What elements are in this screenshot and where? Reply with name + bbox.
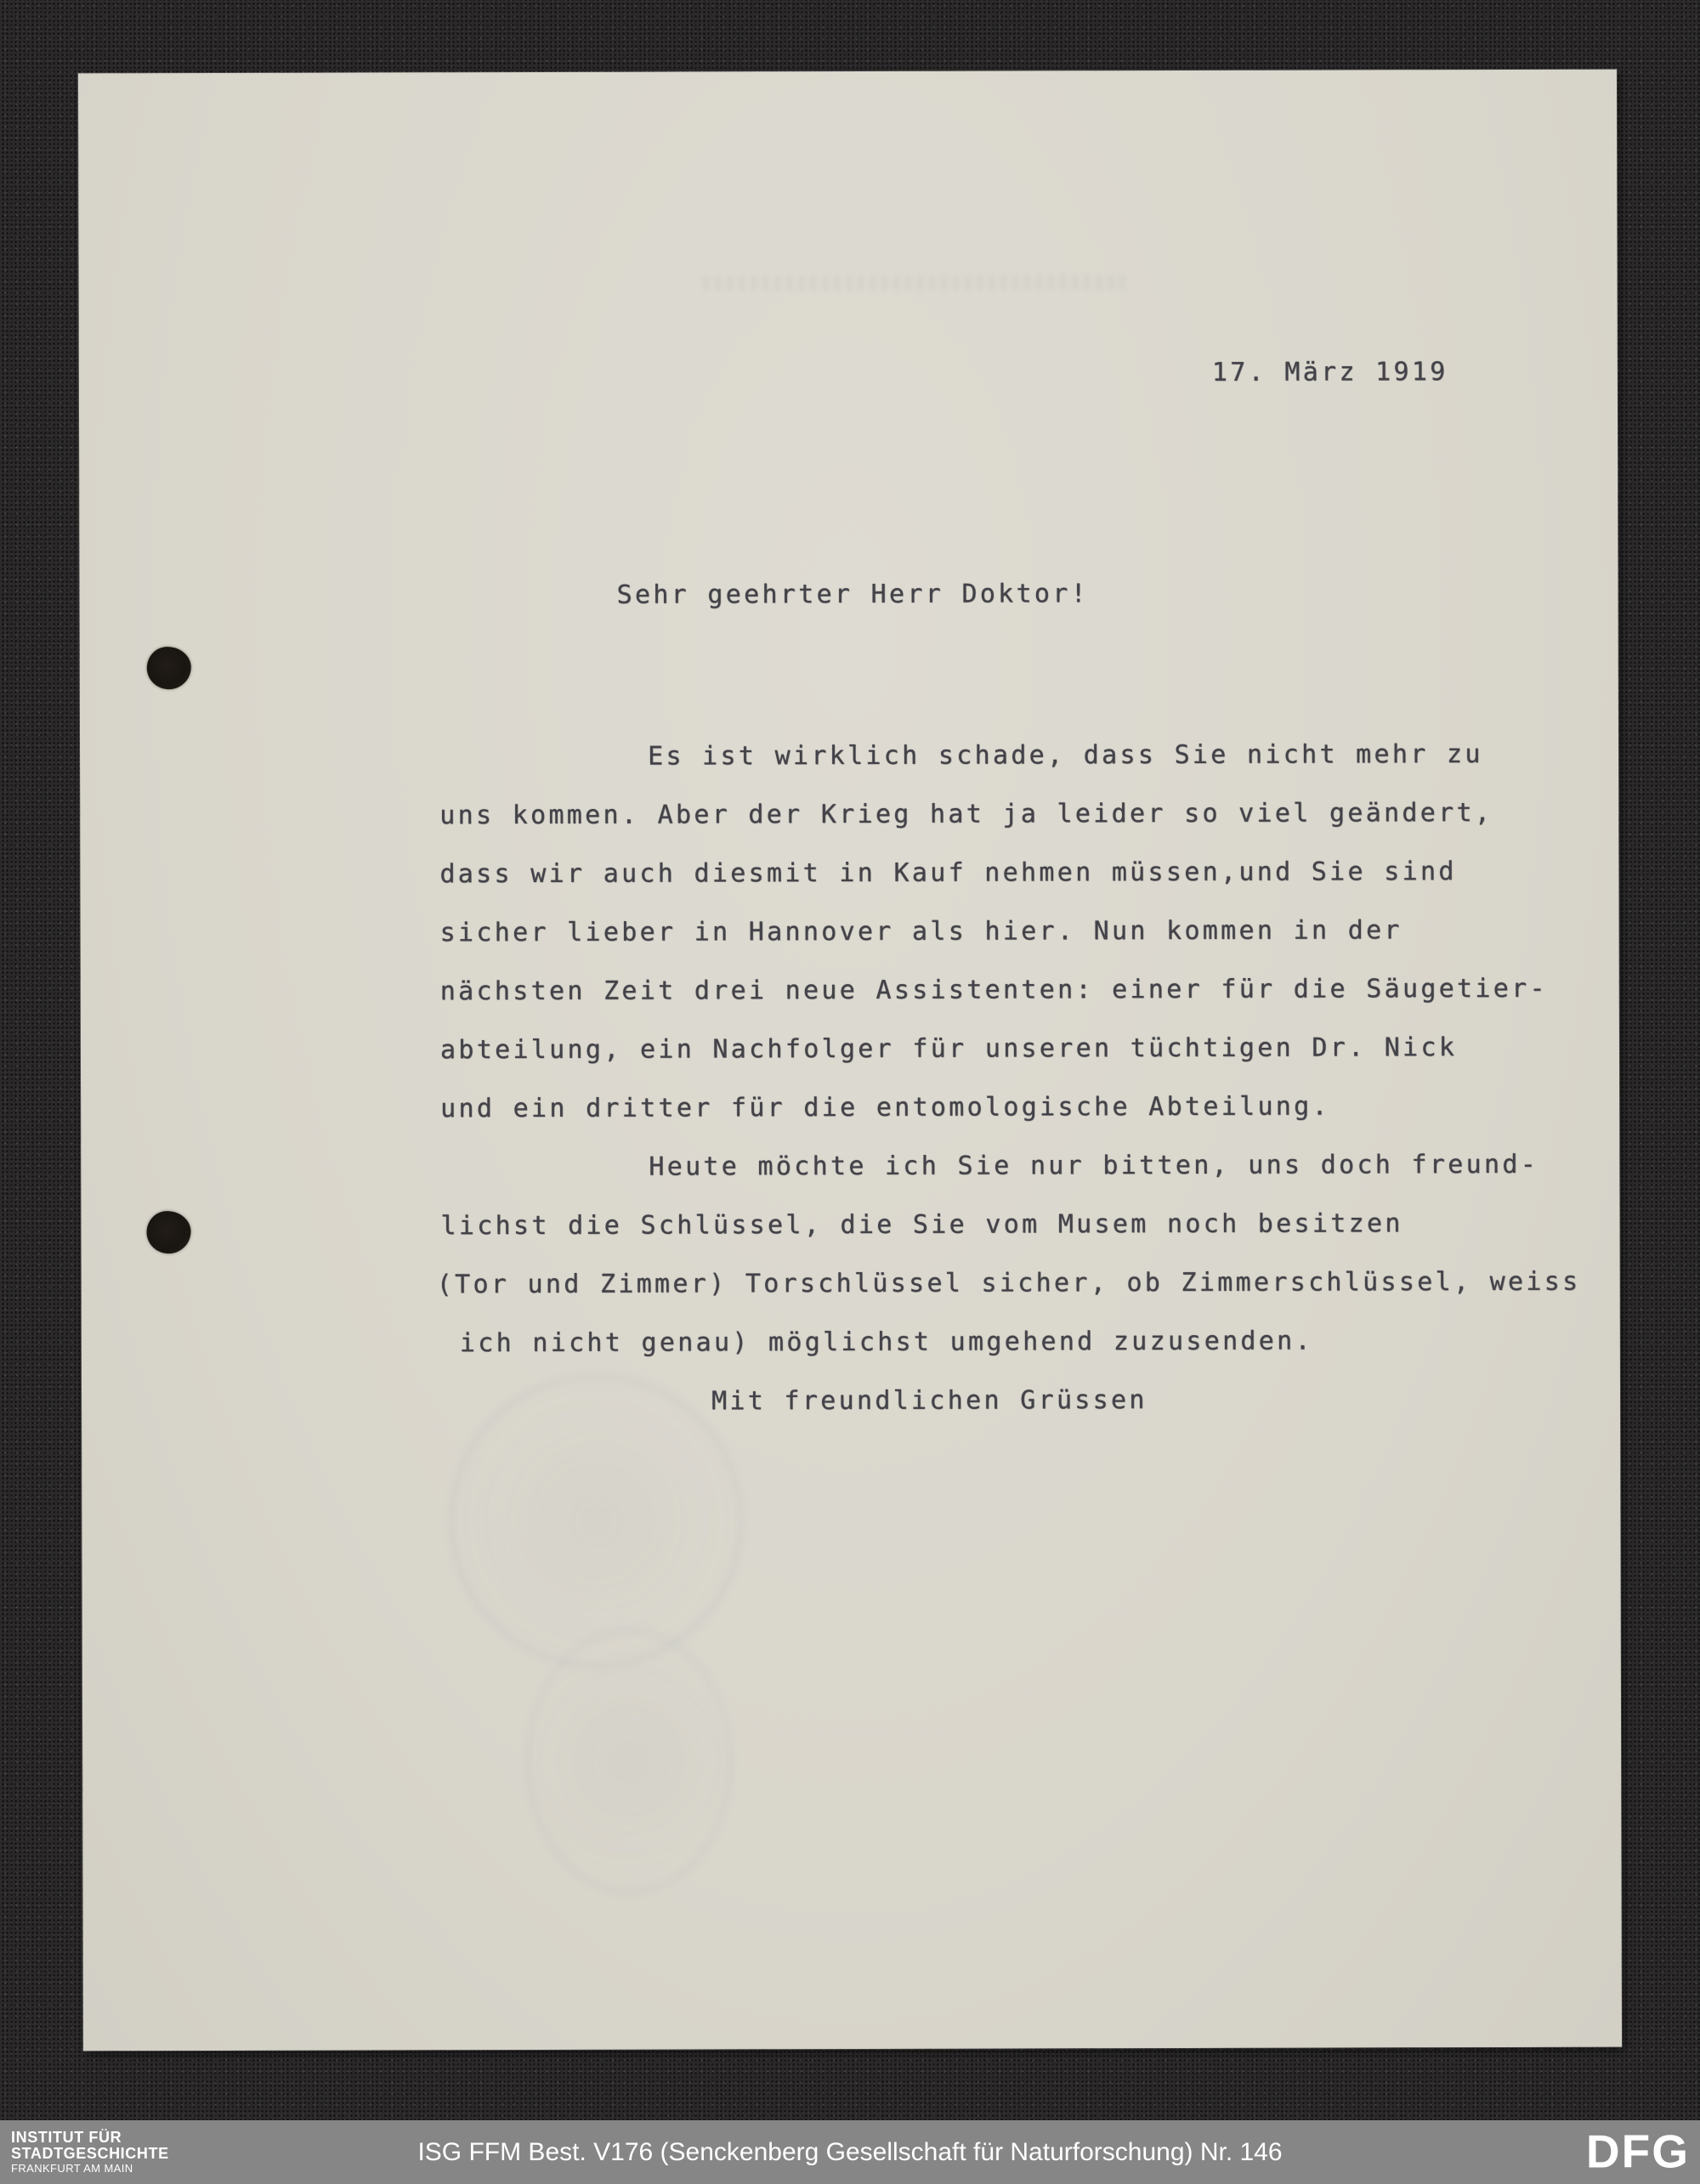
institute-stadtgeschichte-logo: INSTITUT FÜR STADTGESCHICHTE FRANKFURT A… — [11, 2120, 169, 2184]
letter-date: 17. März 1919 — [1212, 355, 1448, 390]
typed-line: Es ist wirklich schade, dass Sie nicht m… — [439, 725, 1621, 787]
typed-line: sicher lieber in Hannover als hier. Nun … — [440, 901, 1622, 963]
dfg-logo: DFG — [1586, 2124, 1690, 2178]
letter-body: Es ist wirklich schade, dass Sie nicht m… — [439, 725, 1623, 1432]
typed-line: abteilung, ein Nachfolger für unseren tü… — [440, 1018, 1622, 1080]
typed-line: und ein dritter für die entomologische A… — [440, 1077, 1622, 1139]
typed-line: dass wir auch diesmit in Kauf nehmen müs… — [439, 842, 1621, 904]
letter-closing: Mit freundlichen Grüssen — [441, 1370, 1623, 1432]
archive-reference-caption: ISG FFM Best. V176 (Senckenberg Gesellsc… — [417, 2138, 1282, 2167]
letter-salutation: Sehr geehrter Herr Doktor! — [617, 577, 1090, 612]
archive-footer-bar: INSTITUT FÜR STADTGESCHICHTE FRANKFURT A… — [0, 2120, 1700, 2184]
letter-paper: 17. März 1919 Sehr geehrter Herr Doktor!… — [78, 70, 1622, 2051]
stamp-ghost — [524, 1627, 734, 1896]
faded-text-ghost — [704, 274, 1129, 291]
typed-line: ich nicht genau) möglichst umgehend zuzu… — [441, 1311, 1623, 1373]
institute-logo-line3: FRANKFURT AM MAIN — [11, 2162, 169, 2176]
punch-hole-bottom — [146, 1211, 190, 1253]
typed-line: Heute möchte ich Sie nur bitten, uns doc… — [440, 1135, 1622, 1197]
typed-line: nächsten Zeit drei neue Assistenten: ein… — [440, 959, 1622, 1021]
archival-scan-page: 17. März 1919 Sehr geehrter Herr Doktor!… — [0, 0, 1700, 2184]
punch-hole-top — [147, 647, 191, 689]
typed-line: lichst die Schlüssel, die Sie vom Musem … — [440, 1194, 1622, 1256]
typed-line: (Tor und Zimmer) Torschlüssel sicher, ob… — [437, 1253, 1623, 1315]
typed-line: uns kommen. Aber der Krieg hat ja leider… — [439, 784, 1621, 846]
institute-logo-line2: STADTGESCHICHTE — [11, 2146, 169, 2162]
institute-logo-line1: INSTITUT FÜR — [11, 2130, 169, 2146]
